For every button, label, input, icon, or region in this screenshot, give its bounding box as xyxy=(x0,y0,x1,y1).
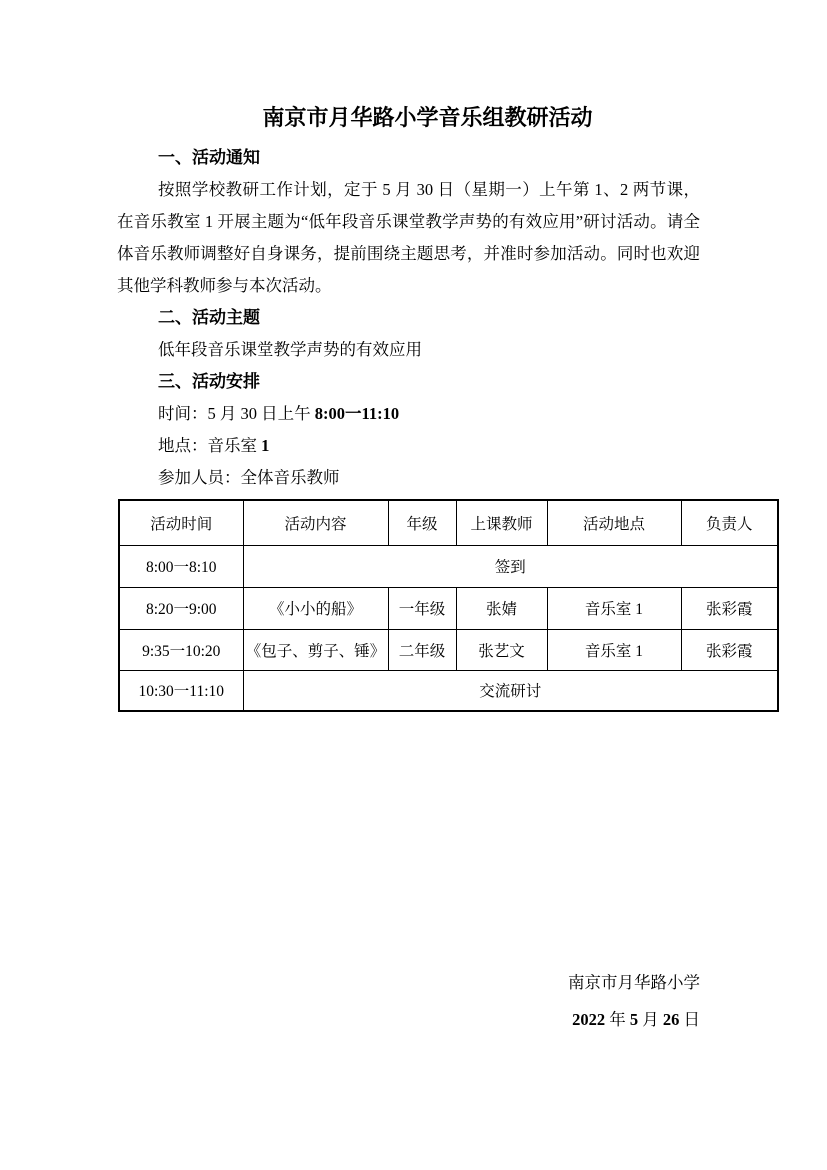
time-label: 时间：5 月 30 日上午 xyxy=(158,404,315,423)
header-cell-lead: 负责人 xyxy=(681,500,778,545)
section-heading-arrangement: 三、活动安排 xyxy=(117,366,700,398)
header-cell-activity-time: 活动时间 xyxy=(119,500,243,545)
table-row-discussion: 10:30一11:10 交流研讨 xyxy=(119,670,778,711)
header-cell-teacher: 上课教师 xyxy=(456,500,547,545)
cell-lead: 张彩霞 xyxy=(681,629,778,670)
signature-date: 2022 年 5 月 26 日 xyxy=(117,1001,700,1038)
place-value: 1 xyxy=(261,436,269,455)
participants-line: 参加人员：全体音乐教师 xyxy=(117,462,700,494)
cell-place: 音乐室 1 xyxy=(547,629,681,670)
cell-place: 音乐室 1 xyxy=(547,587,681,629)
header-cell-activity-place: 活动地点 xyxy=(547,500,681,545)
cell-teacher: 张婧 xyxy=(456,587,547,629)
header-cell-grade: 年级 xyxy=(388,500,456,545)
signature-school: 南京市月华路小学 xyxy=(117,964,700,1001)
cell-time: 8:20一9:00 xyxy=(119,587,243,629)
theme-text: 低年段音乐课堂教学声势的有效应用 xyxy=(117,334,700,366)
section-heading-theme: 二、活动主题 xyxy=(117,302,700,334)
document-page: 南京市月华路小学音乐组教研活动 一、活动通知 按照学校教研工作计划，定于 5 月… xyxy=(0,0,827,1170)
signature-date-day-unit: 日 xyxy=(679,1010,700,1029)
place-label: 地点：音乐室 xyxy=(158,436,261,455)
place-line: 地点：音乐室 1 xyxy=(117,430,700,462)
signature-date-year-unit: 年 xyxy=(605,1010,630,1029)
signature-date-year: 2022 xyxy=(572,1010,605,1029)
cell-content: 《小小的船》 xyxy=(243,587,388,629)
cell-time: 10:30一11:10 xyxy=(119,670,243,711)
table-row-lesson-2: 9:35一10:20 《包子、剪子、锤》 二年级 张艺文 音乐室 1 张彩霞 xyxy=(119,629,778,670)
signature-date-day: 26 xyxy=(663,1010,680,1029)
header-cell-activity-content: 活动内容 xyxy=(243,500,388,545)
signature-date-month: 5 xyxy=(630,1010,638,1029)
notice-paragraph: 按照学校教研工作计划，定于 5 月 30 日（星期一）上午第 1、2 两节课，在… xyxy=(117,174,700,302)
section-heading-notice: 一、活动通知 xyxy=(117,142,700,174)
cell-time: 8:00一8:10 xyxy=(119,545,243,587)
cell-content: 《包子、剪子、锤》 xyxy=(243,629,388,670)
schedule-table: 活动时间 活动内容 年级 上课教师 活动地点 负责人 8:00一8:10 签到 … xyxy=(118,499,779,712)
document-title: 南京市月华路小学音乐组教研活动 xyxy=(117,100,700,136)
table-row-lesson-1: 8:20一9:00 《小小的船》 一年级 张婧 音乐室 1 张彩霞 xyxy=(119,587,778,629)
signature-block: 南京市月华路小学 2022 年 5 月 26 日 xyxy=(117,964,700,1038)
signature-date-month-unit: 月 xyxy=(638,1010,663,1029)
time-line: 时间：5 月 30 日上午 8:00一11:10 xyxy=(117,398,700,430)
cell-grade: 二年级 xyxy=(388,629,456,670)
cell-merged-signin: 签到 xyxy=(243,545,778,587)
cell-merged-discussion: 交流研讨 xyxy=(243,670,778,711)
cell-lead: 张彩霞 xyxy=(681,587,778,629)
cell-teacher: 张艺文 xyxy=(456,629,547,670)
table-header-row: 活动时间 活动内容 年级 上课教师 活动地点 负责人 xyxy=(119,500,778,545)
document-content: 南京市月华路小学音乐组教研活动 一、活动通知 按照学校教研工作计划，定于 5 月… xyxy=(117,100,700,1038)
table-row-signin: 8:00一8:10 签到 xyxy=(119,545,778,587)
time-value: 8:00一11:10 xyxy=(315,404,399,423)
cell-time: 9:35一10:20 xyxy=(119,629,243,670)
cell-grade: 一年级 xyxy=(388,587,456,629)
